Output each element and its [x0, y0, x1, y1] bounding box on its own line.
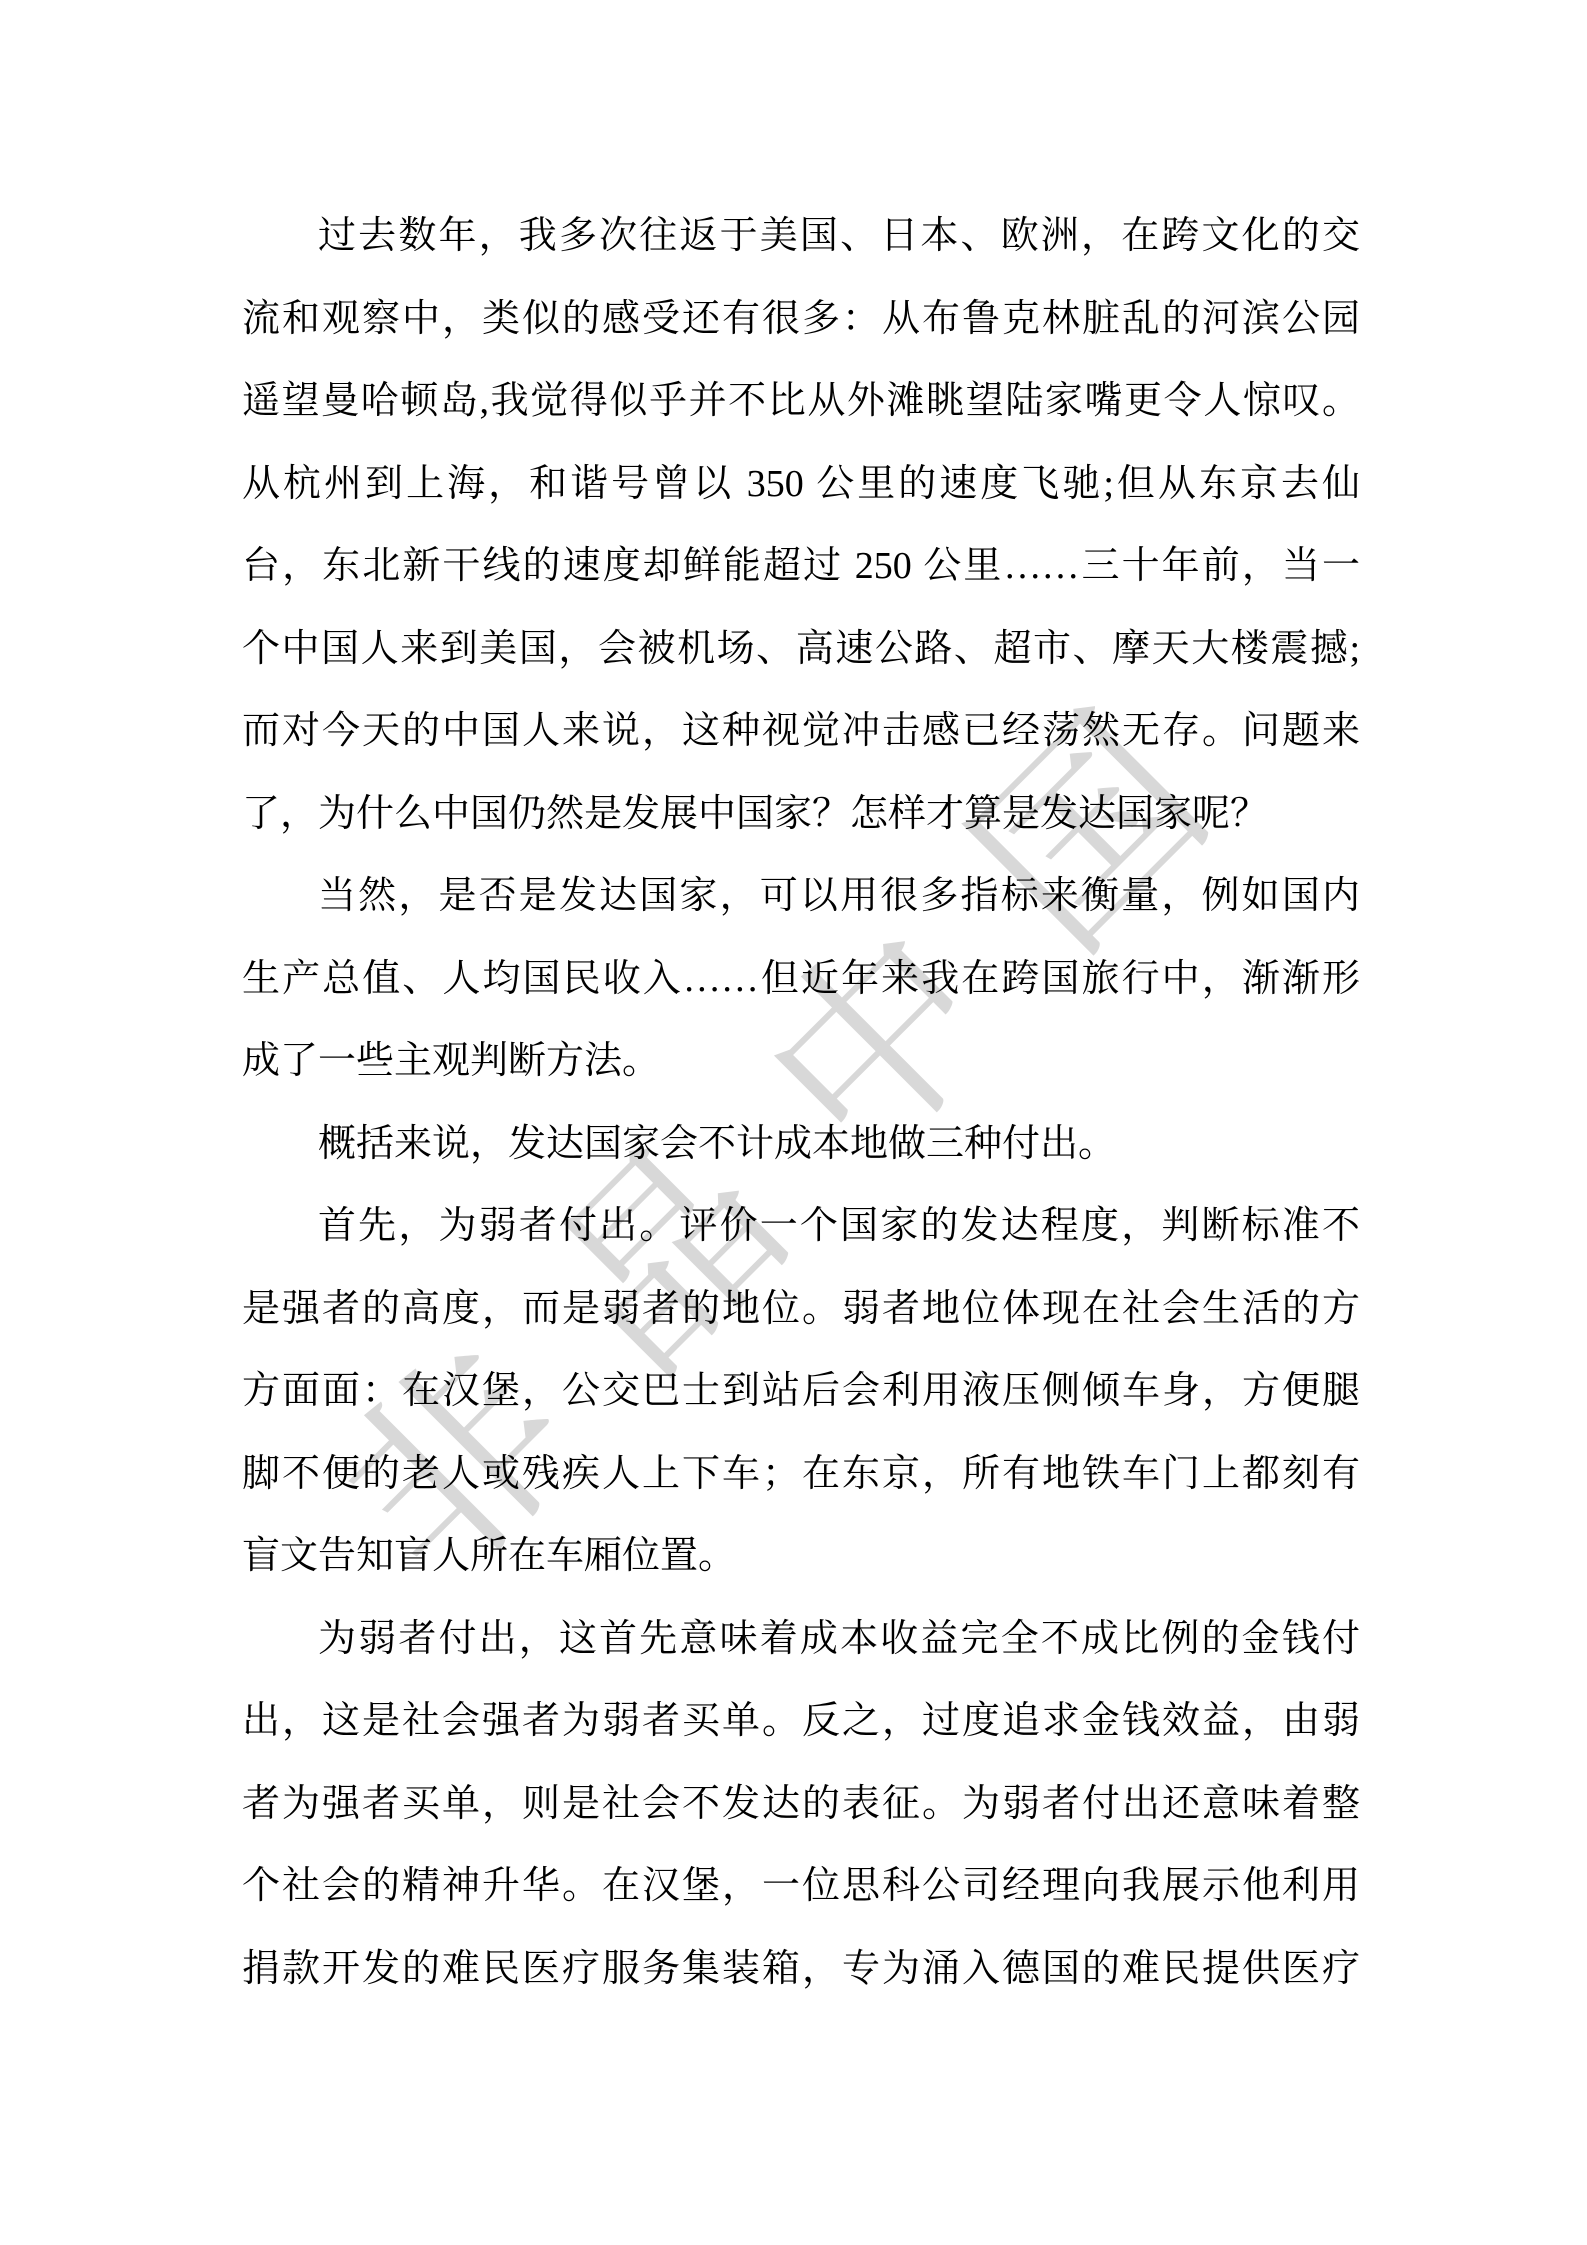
- text-line: 个中国人来到美国，会被机场、高速公路、超市、摩天大楼震撼;: [242, 608, 1360, 691]
- paragraph: 过去数年，我多次往返于美国、日本、欧洲，在跨文化的交流和观察中，类似的感受还有很…: [242, 195, 1360, 855]
- text-line: 当然，是否是发达国家，可以用很多指标来衡量，例如国内: [242, 855, 1360, 938]
- text-line: 个社会的精神升华。在汉堡，一位思科公司经理向我展示他利用: [242, 1845, 1360, 1928]
- text-line: 是强者的高度，而是弱者的地位。弱者地位体现在社会生活的方: [242, 1268, 1360, 1351]
- text-line: 脚不便的老人或残疾人上下车；在东京，所有地铁车门上都刻有: [242, 1433, 1360, 1516]
- text-line: 台，东北新干线的速度却鲜能超过 250 公里……三十年前，当一: [242, 525, 1360, 608]
- text-line: 概括来说，发达国家会不计成本地做三种付出。: [242, 1103, 1360, 1186]
- document-body: 过去数年，我多次往返于美国、日本、欧洲，在跨文化的交流和观察中，类似的感受还有很…: [242, 195, 1360, 2010]
- document-page: 非晶中国 过去数年，我多次往返于美国、日本、欧洲，在跨文化的交流和观察中，类似的…: [0, 0, 1587, 2245]
- text-line: 遥望曼哈顿岛,我觉得似乎并不比从外滩眺望陆家嘴更令人惊叹。: [242, 360, 1360, 443]
- paragraph: 概括来说，发达国家会不计成本地做三种付出。: [242, 1103, 1360, 1186]
- text-line: 方面面：在汉堡，公交巴士到站后会利用液压侧倾车身，方便腿: [242, 1350, 1360, 1433]
- text-line: 而对今天的中国人来说，这种视觉冲击感已经荡然无存。问题来: [242, 690, 1360, 773]
- text-line: 了，为什么中国仍然是发展中国家？怎样才算是发达国家呢？: [242, 773, 1360, 856]
- text-line: 出，这是社会强者为弱者买单。反之，过度追求金钱效益，由弱: [242, 1680, 1360, 1763]
- text-line: 从杭州到上海，和谐号曾以 350 公里的速度飞驰;但从东京去仙: [242, 443, 1360, 526]
- text-line: 过去数年，我多次往返于美国、日本、欧洲，在跨文化的交: [242, 195, 1360, 278]
- text-line: 为弱者付出，这首先意味着成本收益完全不成比例的金钱付: [242, 1598, 1360, 1681]
- text-line: 捐款开发的难民医疗服务集装箱，专为涌入德国的难民提供医疗: [242, 1928, 1360, 2011]
- paragraph: 为弱者付出，这首先意味着成本收益完全不成比例的金钱付出，这是社会强者为弱者买单。…: [242, 1598, 1360, 2011]
- text-line: 首先，为弱者付出。评价一个国家的发达程度，判断标准不: [242, 1185, 1360, 1268]
- paragraph: 当然，是否是发达国家，可以用很多指标来衡量，例如国内生产总值、人均国民收入……但…: [242, 855, 1360, 1103]
- text-line: 成了一些主观判断方法。: [242, 1020, 1360, 1103]
- text-line: 生产总值、人均国民收入……但近年来我在跨国旅行中，渐渐形: [242, 938, 1360, 1021]
- text-line: 流和观察中，类似的感受还有很多：从布鲁克林脏乱的河滨公园: [242, 278, 1360, 361]
- text-line: 者为强者买单，则是社会不发达的表征。为弱者付出还意味着整: [242, 1763, 1360, 1846]
- paragraph: 首先，为弱者付出。评价一个国家的发达程度，判断标准不是强者的高度，而是弱者的地位…: [242, 1185, 1360, 1598]
- text-line: 盲文告知盲人所在车厢位置。: [242, 1515, 1360, 1598]
